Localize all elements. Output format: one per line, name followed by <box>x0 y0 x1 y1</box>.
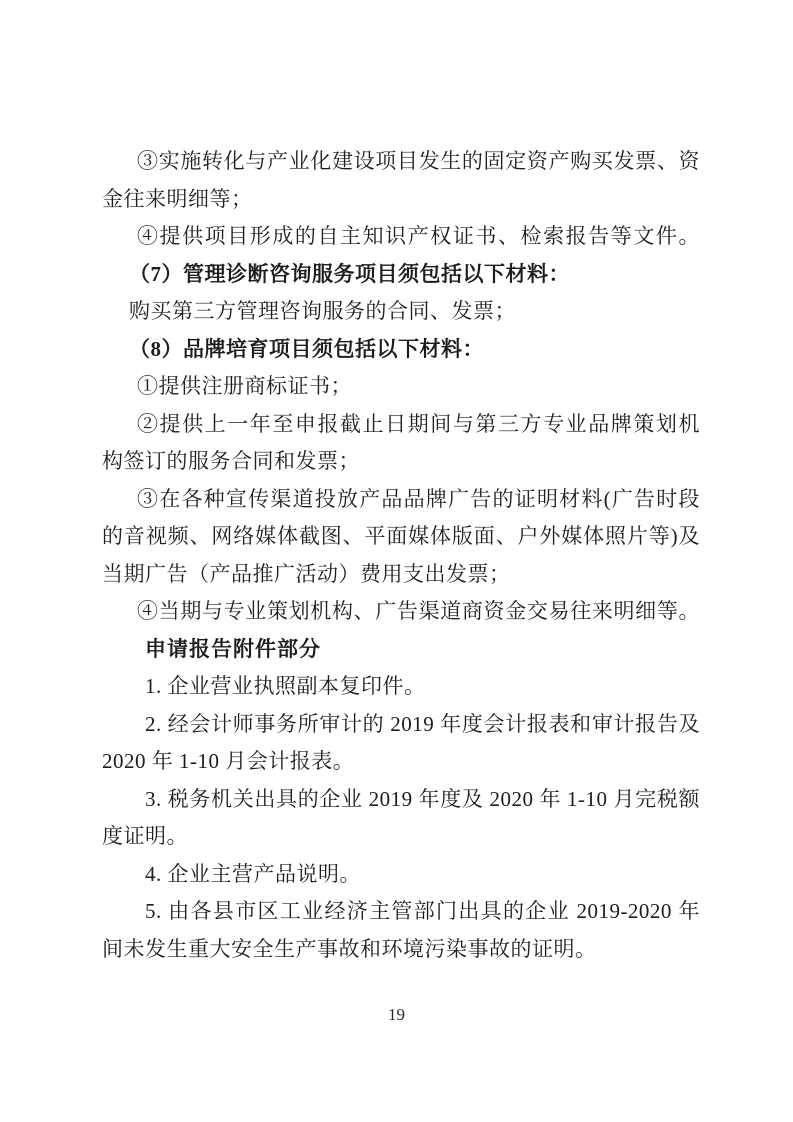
doc-line-item3-fixed-assets: ③实施转化与产业化建设项目发生的固定资产购买发票、资 <box>102 143 700 181</box>
doc-line-trademark-cert: ①提供注册商标证书； <box>102 368 700 406</box>
doc-line-consulting-contract: 购买第三方管理咨询服务的合同、发票； <box>102 293 700 331</box>
doc-line-attachment-3-continued: 度证明。 <box>102 818 700 856</box>
document-text-block: ③实施转化与产业化建设项目发生的固定资产购买发票、资 金往来明细等； ④提供项目… <box>102 143 700 968</box>
doc-line-attachment-5: 5. 由各县市区工业经济主管部门出具的企业 2019-2020 年 <box>102 893 700 931</box>
document-page: ③实施转化与产业化建设项目发生的固定资产购买发票、资 金往来明细等； ④提供项目… <box>0 0 793 1122</box>
page-number: 19 <box>0 1002 793 1028</box>
doc-line-brand-agency: ②提供上一年至申报截止日期间与第三方专业品牌策划机 <box>102 406 700 444</box>
doc-line-ad-evidence-continued: 的音视频、网络媒体截图、平面媒体版面、户外媒体照片等)及 <box>102 518 700 556</box>
doc-line-ad-evidence: ③在各种宣传渠道投放产品品牌广告的证明材料(广告时段 <box>102 481 700 519</box>
doc-line-fund-transactions: ④当期与专业策划机构、广告渠道商资金交易往来明细等。 <box>102 593 700 631</box>
section-heading-7: （7）管理诊断咨询服务项目须包括以下材料： <box>102 256 700 294</box>
doc-line-item3-continued: 金往来明细等； <box>102 181 700 219</box>
section-heading-8: （8）品牌培育项目须包括以下材料： <box>102 331 700 369</box>
doc-line-attachment-2: 2. 经会计师事务所审计的 2019 年度会计报表和审计报告及 <box>102 706 700 744</box>
doc-line-attachment-5-continued: 间未发生重大安全生产事故和环境污染事故的证明。 <box>102 931 700 969</box>
doc-line-ad-invoices: 当期广告（产品推广活动）费用支出发票； <box>102 556 700 594</box>
doc-line-attachment-3: 3. 税务机关出具的企业 2019 年度及 2020 年 1-10 月完税额 <box>102 781 700 819</box>
doc-line-attachment-4: 4. 企业主营产品说明。 <box>102 856 700 894</box>
doc-line-brand-agency-continued: 构签订的服务合同和发票； <box>102 443 700 481</box>
doc-line-item4-ip-certs: ④提供项目形成的自主知识产权证书、检索报告等文件。 <box>102 218 700 256</box>
doc-line-attachment-1: 1. 企业营业执照副本复印件。 <box>102 668 700 706</box>
attachment-section-heading: 申请报告附件部分 <box>102 631 700 669</box>
doc-line-attachment-2-continued: 2020 年 1-10 月会计报表。 <box>102 743 700 781</box>
